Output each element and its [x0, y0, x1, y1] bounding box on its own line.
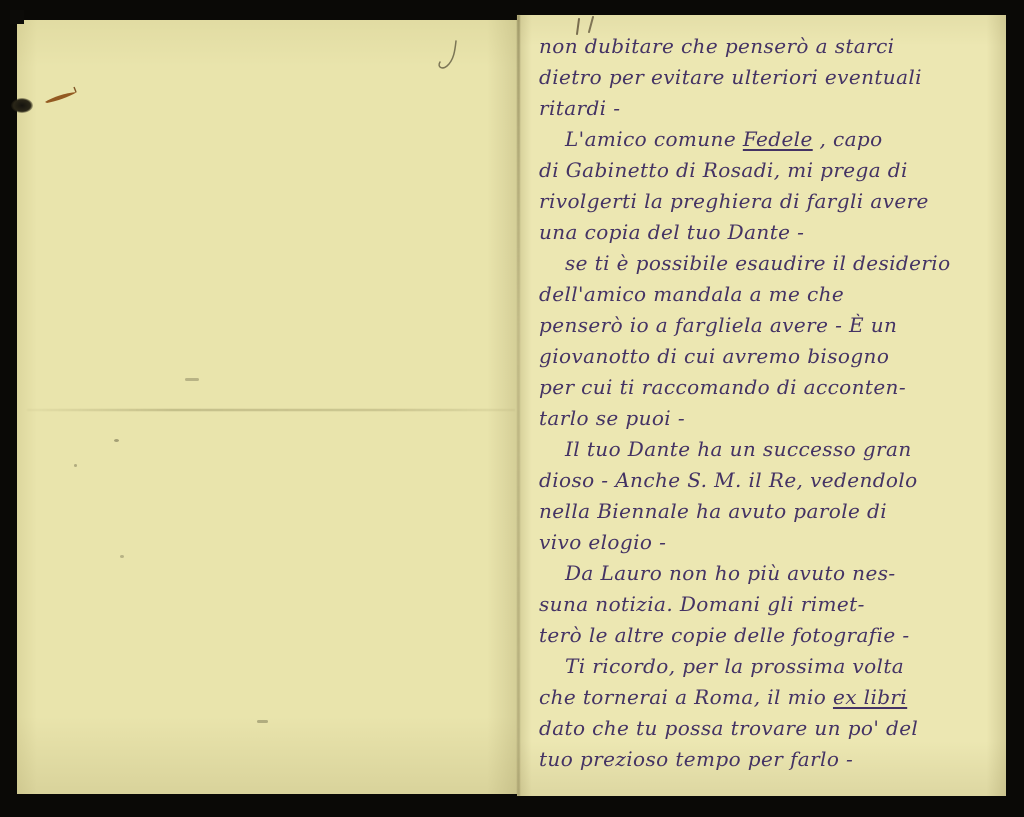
letter-line: nella Biennale ha avuto parole di: [539, 496, 1002, 527]
letter-text-segment: di Gabinetto di Rosadi, mi prega di: [539, 158, 908, 182]
letter-line: per cui ti raccomando di acconten-: [539, 372, 1002, 403]
letter-text-segment: giovanotto di cui avremo bisogno: [539, 344, 889, 368]
letter-line: terò le altre copie delle fotografie -: [539, 620, 1002, 651]
letter-text-segment: tuo prezioso tempo per farlo -: [539, 747, 853, 771]
pen-mark-j: [434, 38, 464, 78]
letter-text-segment: che tornerai a Roma, il mio: [539, 685, 833, 709]
letter-line: una copia del tuo Dante -: [539, 217, 1002, 248]
letter-line: di Gabinetto di Rosadi, mi prega di: [539, 155, 1002, 186]
letter-text-segment: Il tuo Dante ha un successo gran: [565, 437, 912, 461]
gutter-crease: [517, 15, 520, 796]
paper-speck: [120, 555, 124, 558]
letter-line: suna notizia. Domani gli rimet-: [539, 589, 1002, 620]
letter-text-segment: vivo elogio -: [539, 530, 666, 554]
letter-text-segment: Ti ricordo, per la prossima volta: [565, 654, 904, 678]
letter-text-segment: se ti è possibile esaudire il desiderio: [565, 251, 951, 275]
fold-crease: [27, 409, 515, 411]
letter-line: rivolgerti la preghiera di fargli avere: [539, 186, 1002, 217]
letter-text-segment: non dubitare che penserò a starci: [539, 34, 894, 58]
letter-line: non dubitare che penserò a starci: [539, 31, 1002, 62]
letter-line: dietro per evitare ulteriori eventuali: [539, 62, 1002, 93]
letter-text-segment: dietro per evitare ulteriori eventuali: [539, 65, 922, 89]
letter-text-segment: ritardi -: [539, 96, 620, 120]
letter-text-segment: dato che tu possa trovare un po' del: [539, 716, 918, 740]
letter-line: dato che tu possa trovare un po' del: [539, 713, 1002, 744]
letter-text-segment: penserò io a fargliela avere - È un: [539, 313, 897, 337]
letter-text-segment: per cui ti raccomando di acconten-: [539, 375, 906, 399]
letter-text-segment: una copia del tuo Dante -: [539, 220, 804, 244]
letter-text-segment: suna notizia. Domani gli rimet-: [539, 592, 865, 616]
letter-line: L'amico comune Fedele , capo: [539, 124, 1002, 155]
letter-page-right: non dubitare che penserò a starcidietro …: [517, 15, 1006, 796]
letter-text-segment: , capo: [813, 127, 883, 151]
letter-line: dioso - Anche S. M. il Re, vedendolo: [539, 465, 1002, 496]
letter-text-block: non dubitare che penserò a starcidietro …: [539, 31, 1002, 775]
letter-line: ritardi -: [539, 93, 1002, 124]
paper-speck: [74, 464, 77, 467]
underlined-word: Fedele: [743, 127, 813, 151]
ink-smudge: [43, 86, 83, 108]
letter-text-segment: nella Biennale ha avuto parole di: [539, 499, 887, 523]
letter-line: Ti ricordo, per la prossima volta: [539, 651, 1002, 682]
letter-scan: non dubitare che penserò a starcidietro …: [0, 0, 1024, 817]
letter-text-segment: L'amico comune: [565, 127, 743, 151]
punch-hole: [11, 98, 33, 113]
letter-line: Il tuo Dante ha un successo gran: [539, 434, 1002, 465]
letter-page-left: [17, 20, 517, 794]
letter-text-segment: rivolgerti la preghiera di fargli avere: [539, 189, 929, 213]
letter-line: Da Lauro non ho più avuto nes-: [539, 558, 1002, 589]
border-notch: [10, 10, 24, 24]
letter-line: tuo prezioso tempo per farlo -: [539, 744, 1002, 775]
letter-text-segment: dioso - Anche S. M. il Re, vedendolo: [539, 468, 918, 492]
letter-line: giovanotto di cui avremo bisogno: [539, 341, 1002, 372]
paper-speck: [257, 720, 268, 723]
letter-line: dell'amico mandala a me che: [539, 279, 1002, 310]
letter-line: penserò io a fargliela avere - È un: [539, 310, 1002, 341]
letter-text-segment: dell'amico mandala a me che: [539, 282, 844, 306]
letter-line: tarlo se puoi -: [539, 403, 1002, 434]
paper-speck: [185, 378, 199, 381]
letter-text-segment: terò le altre copie delle fotografie -: [539, 623, 910, 647]
letter-text-segment: Da Lauro non ho più avuto nes-: [565, 561, 896, 585]
letter-text-segment: tarlo se puoi -: [539, 406, 685, 430]
underlined-word: ex libri: [833, 685, 907, 709]
paper-speck: [114, 439, 119, 442]
letter-line: se ti è possibile esaudire il desiderio: [539, 248, 1002, 279]
letter-line: che tornerai a Roma, il mio ex libri: [539, 682, 1002, 713]
letter-line: vivo elogio -: [539, 527, 1002, 558]
